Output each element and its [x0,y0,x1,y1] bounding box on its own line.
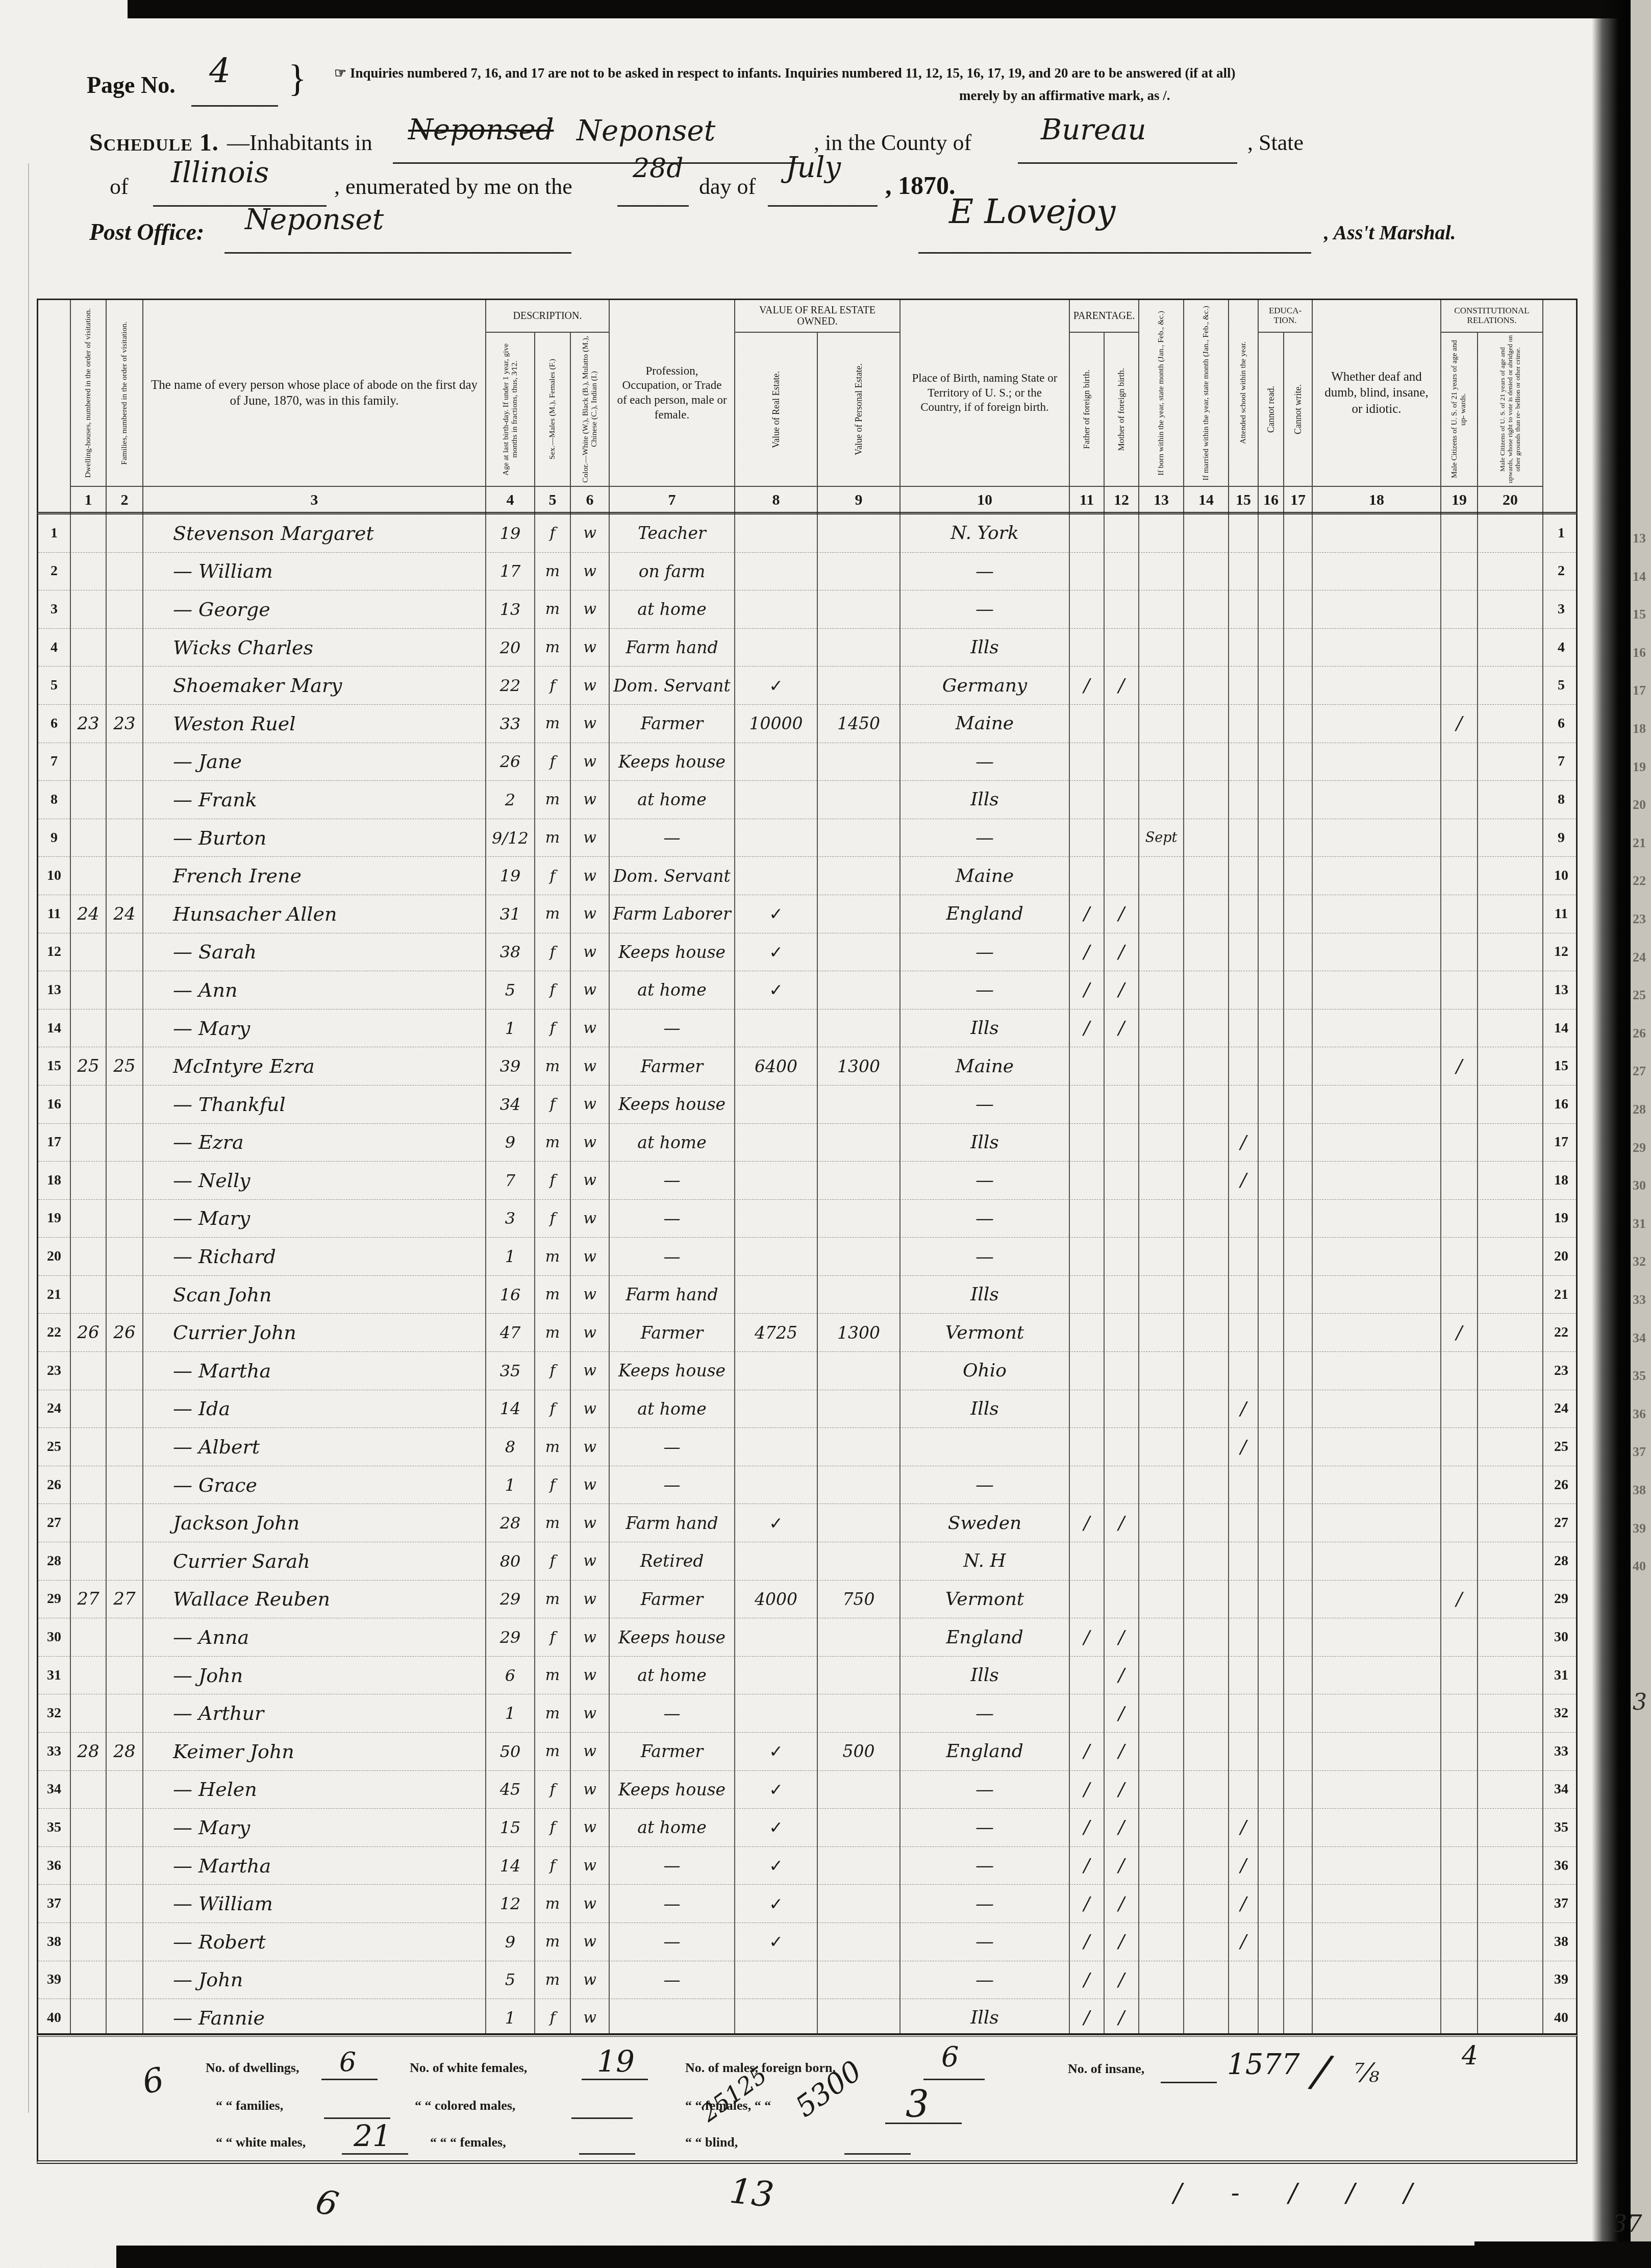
cell-r27-c10: Sweden [899,1504,1069,1542]
cell-r35-c12: / [1104,1809,1138,1847]
cell-r28-c15 [1228,1542,1258,1581]
cell-r21-c11 [1069,1276,1104,1314]
cell-r7-c17 [1283,743,1312,781]
cell-r16-c6: w [570,1086,609,1124]
cell-r3-c1 [70,590,106,629]
cell-r23-c1 [70,1352,106,1390]
cell-r34-c6: w [570,1771,609,1809]
cell-r8-c19 [1440,781,1477,819]
cell-r4-c12 [1104,629,1138,667]
cell-r12-c14 [1183,933,1228,972]
cell-r29-c16 [1258,1581,1283,1619]
cell-r23-c11 [1069,1352,1104,1390]
col-header-cannot-read: Cannot read. [1258,333,1283,486]
cell-r28-c5: f [534,1542,570,1581]
cell-r35-c3: — Mary [142,1809,485,1847]
cell-r10-c11 [1069,857,1104,895]
cell-r4-c18 [1312,629,1440,667]
col-number-8: 8 [734,486,817,513]
cell-r12-c12: / [1104,933,1138,972]
col-title: The name of every person whose place of … [143,300,485,486]
cell-r7-c11 [1069,743,1104,781]
cell-r25-c11 [1069,1428,1104,1466]
bottom-tally-mark-1: / [1173,2178,1182,2208]
cell-r35-c1 [70,1809,106,1847]
cell-r28-c12 [1104,1542,1138,1581]
cell-r21-c13 [1138,1276,1183,1314]
cell-r14-c15 [1228,1009,1258,1048]
cell-r4-c15 [1228,629,1258,667]
row-number-right-25: 25 [1542,1428,1578,1466]
cell-r37-c3: — William [142,1885,485,1923]
cell-r20-c17 [1283,1238,1312,1276]
col-header-families: Families, numbered in the order of visit… [106,300,142,486]
cell-r25-c19 [1440,1428,1477,1466]
cell-r18-c8 [734,1162,817,1200]
cell-r2-c7: on farm [609,553,734,591]
row-number-left-28: 28 [38,1542,70,1581]
cell-r35-c18 [1312,1809,1440,1847]
cell-r2-c9 [817,553,899,591]
cell-r21-c14 [1183,1276,1228,1314]
cell-r28-c14 [1183,1542,1228,1581]
cell-r39-c4: 5 [485,1961,534,2000]
females-foreign-underline [885,2123,962,2124]
cell-r25-c15: / [1228,1428,1258,1466]
cell-r28-c4: 80 [485,1542,534,1581]
cell-r38-c19 [1440,1923,1477,1961]
cell-r9-c18 [1312,819,1440,857]
cell-r36-c16 [1258,1847,1283,1885]
cell-r26-c17 [1283,1466,1312,1505]
col-title: Attended school within the year. [1238,339,1248,446]
cell-r31-c18 [1312,1657,1440,1695]
cell-r33-c11: / [1069,1733,1104,1771]
cell-r27-c18 [1312,1504,1440,1542]
cell-r31-c9 [817,1657,899,1695]
cell-r31-c11 [1069,1657,1104,1695]
sliver-row-number-27: 27 [1633,1064,1646,1079]
cell-r40-c15 [1228,1999,1258,2035]
cell-r15-c9: 1300 [817,1047,899,1086]
cell-r37-c12: / [1104,1885,1138,1923]
cell-r13-c13 [1138,971,1183,1009]
cell-r29-c9: 750 [817,1581,899,1619]
row-number-right-40: 40 [1542,1999,1578,2035]
cell-r21-c16 [1258,1276,1283,1314]
families-label: “ “ families, [216,2098,283,2113]
cell-r18-c11 [1069,1162,1104,1200]
cell-r4-c1 [70,629,106,667]
cell-r25-c5: m [534,1428,570,1466]
cell-r8-c3: — Frank [142,781,485,819]
cell-r14-c19 [1440,1009,1477,1048]
cell-r16-c13 [1138,1086,1183,1124]
col-number-9: 9 [817,486,899,513]
sliver-row-number-36: 36 [1633,1407,1646,1422]
cell-r5-c3: Shoemaker Mary [142,667,485,705]
cell-r10-c8 [734,857,817,895]
dwellings-value: 6 [339,2047,356,2078]
cell-r22-c13 [1138,1314,1183,1352]
county-underline [1018,162,1237,164]
cell-r21-c18 [1312,1276,1440,1314]
cell-r9-c10: — [899,819,1069,857]
cell-r21-c19 [1440,1276,1477,1314]
cell-r26-c16 [1258,1466,1283,1505]
cell-r15-c16 [1258,1047,1283,1086]
row-number-right-39: 39 [1542,1961,1578,2000]
cell-r35-c17 [1283,1809,1312,1847]
col-title: Value of Real Estate. [770,369,782,450]
cell-r14-c11: / [1069,1009,1104,1048]
cell-r12-c3: — Sarah [142,933,485,972]
cell-r11-c7: Farm Laborer [609,895,734,933]
group-education: EDUCA- TION. [1258,300,1312,333]
col-header-school: Attended school within the year. [1228,300,1258,486]
cell-r26-c10: — [899,1466,1069,1505]
row-number-right-37: 37 [1542,1885,1578,1923]
cell-r18-c9 [817,1162,899,1200]
cell-r8-c10: Ills [899,781,1069,819]
cell-r1-c2 [106,514,142,553]
cell-r4-c19 [1440,629,1477,667]
cell-r17-c7: at home [609,1124,734,1162]
cell-r39-c1 [70,1961,106,2000]
cell-r33-c8: ✓ [734,1733,817,1771]
cell-r38-c8: ✓ [734,1923,817,1961]
cell-r29-c8: 4000 [734,1581,817,1619]
col-number-4: 4 [485,486,534,513]
cell-r27-c2 [106,1504,142,1542]
table-header: Dwelling-houses, numbered in the order o… [37,299,1578,512]
cell-r26-c9 [817,1466,899,1505]
cell-r16-c1 [70,1086,106,1124]
cell-r20-c10: — [899,1238,1069,1276]
cell-r3-c13 [1138,590,1183,629]
cell-r10-c19 [1440,857,1477,895]
cell-r28-c1 [70,1542,106,1581]
cell-r7-c3: — Jane [142,743,485,781]
cell-r20-c4: 1 [485,1238,534,1276]
cell-r5-c17 [1283,667,1312,705]
cell-r5-c4: 22 [485,667,534,705]
cell-r40-c4: 1 [485,1999,534,2035]
cell-r4-c16 [1258,629,1283,667]
col-title: Cannot write. [1292,382,1304,436]
cell-r30-c20 [1477,1618,1542,1657]
cell-r31-c17 [1283,1657,1312,1695]
cell-r15-c15 [1228,1047,1258,1086]
cell-r2-c18 [1312,553,1440,591]
cell-r33-c2: 28 [106,1733,142,1771]
col-header-real-estate: Value of Real Estate. [734,333,817,486]
cell-r24-c19 [1440,1390,1477,1428]
cell-r5-c2 [106,667,142,705]
cell-r4-c7: Farm hand [609,629,734,667]
cell-r19-c5: f [534,1200,570,1238]
cell-r37-c19 [1440,1885,1477,1923]
cell-r39-c9 [817,1961,899,2000]
sliver-row-number-33: 33 [1633,1292,1646,1308]
state-value: Illinois [171,156,269,189]
cell-r30-c19 [1440,1618,1477,1657]
cell-r1-c9 [817,514,899,553]
row-number-left-2: 2 [38,553,70,591]
cell-r11-c12: / [1104,895,1138,933]
cell-r26-c8 [734,1466,817,1505]
cell-r30-c7: Keeps house [609,1618,734,1657]
cell-r29-c18 [1312,1581,1440,1619]
cell-r37-c15: / [1228,1885,1258,1923]
cell-r8-c4: 2 [485,781,534,819]
cell-r23-c8 [734,1352,817,1390]
cell-r34-c5: f [534,1771,570,1809]
cell-r19-c6: w [570,1200,609,1238]
cell-r1-c13 [1138,514,1183,553]
cell-r17-c18 [1312,1124,1440,1162]
cell-r32-c18 [1312,1694,1440,1733]
cell-r19-c20 [1477,1200,1542,1238]
cell-r27-c3: Jackson John [142,1504,485,1542]
cell-r7-c10: — [899,743,1069,781]
row-number-left-24: 24 [38,1390,70,1428]
sliver-row-number-34: 34 [1633,1330,1646,1346]
scan-edge-bottom [116,2246,1651,2268]
sliver-row-number-31: 31 [1633,1216,1646,1231]
cell-r30-c8 [734,1618,817,1657]
cell-r11-c6: w [570,895,609,933]
cell-r38-c4: 9 [485,1923,534,1961]
cell-r16-c17 [1283,1086,1312,1124]
cell-r4-c11 [1069,629,1104,667]
females2-label: “ “ “ females, [430,2135,506,2150]
cell-r10-c6: w [570,857,609,895]
cell-r31-c16 [1258,1657,1283,1695]
cell-r16-c20 [1477,1086,1542,1124]
cell-r36-c7: — [609,1847,734,1885]
cell-r33-c10: England [899,1733,1069,1771]
bottom-mark-13: 13 [728,2171,776,2216]
cell-r20-c14 [1183,1238,1228,1276]
cell-r5-c9 [817,667,899,705]
page-fold-line [28,163,29,2113]
cell-r16-c7: Keeps house [609,1086,734,1124]
cell-r18-c19 [1440,1162,1477,1200]
row-number-left-13: 13 [38,971,70,1009]
cell-r18-c3: — Nelly [142,1162,485,1200]
cell-r39-c16 [1258,1961,1283,2000]
cell-r18-c15: / [1228,1162,1258,1200]
cell-r23-c7: Keeps house [609,1352,734,1390]
col-number-13: 13 [1138,486,1183,513]
cell-r10-c9 [817,857,899,895]
cell-r39-c8 [734,1961,817,2000]
cell-r37-c8: ✓ [734,1885,817,1923]
cell-r37-c9 [817,1885,899,1923]
cell-r29-c20 [1477,1581,1542,1619]
cell-r3-c15 [1228,590,1258,629]
row-number-left-3: 3 [38,590,70,629]
row-number-right-29: 29 [1542,1581,1578,1619]
cell-r30-c14 [1183,1618,1228,1657]
cell-r35-c2 [106,1809,142,1847]
cell-r9-c20 [1477,819,1542,857]
cell-r6-c1: 23 [70,705,106,743]
cell-r28-c8 [734,1542,817,1581]
cell-r12-c4: 38 [485,933,534,972]
cell-r4-c10: Ills [899,629,1069,667]
cell-r21-c20 [1477,1276,1542,1314]
cell-r3-c7: at home [609,590,734,629]
blind-label: “ “ blind, [685,2135,738,2150]
cell-r31-c15 [1228,1657,1258,1695]
cell-r10-c4: 19 [485,857,534,895]
col-title: Whether deaf and dumb, blind, insane, or… [1313,300,1440,486]
cell-r8-c15 [1228,781,1258,819]
cell-r11-c19 [1440,895,1477,933]
cell-r35-c5: f [534,1809,570,1847]
cell-r32-c10: — [899,1694,1069,1733]
cell-r15-c17 [1283,1047,1312,1086]
cell-r37-c10: — [899,1885,1069,1923]
cell-r13-c2 [106,971,142,1009]
cell-r18-c16 [1258,1162,1283,1200]
cell-r14-c14 [1183,1009,1228,1048]
col-header-color: Color.—White (W.), Black (B.), Mulatto (… [570,333,609,486]
cell-r6-c6: w [570,705,609,743]
col-title: Father of foreign birth. [1081,367,1092,451]
cell-r10-c15 [1228,857,1258,895]
cell-r25-c13 [1138,1428,1183,1466]
row-number-right-27: 27 [1542,1504,1578,1542]
row-number-left-17: 17 [38,1124,70,1162]
cell-r1-c3: Stevenson Margaret [142,514,485,553]
cell-r40-c12: / [1104,1999,1138,2035]
census-page: Page No. 4 } ☞ Inquiries numbered 7, 16,… [0,0,1651,2268]
col-number-16: 16 [1258,486,1283,513]
cell-r5-c13 [1138,667,1183,705]
row-number-right-7: 7 [1542,743,1578,781]
bottom-tally-mark-2: - [1231,2178,1240,2208]
cell-r17-c14 [1183,1124,1228,1162]
cell-r20-c6: w [570,1238,609,1276]
cell-r17-c4: 9 [485,1124,534,1162]
cell-r2-c15 [1228,553,1258,591]
cell-r32-c4: 1 [485,1694,534,1733]
cell-r7-c4: 26 [485,743,534,781]
row-number-left-38: 38 [38,1923,70,1961]
cell-r31-c1 [70,1657,106,1695]
cell-r12-c10: — [899,933,1069,972]
cell-r36-c9 [817,1847,899,1885]
cell-r16-c9 [817,1086,899,1124]
row-number-left-14: 14 [38,1009,70,1048]
cell-r26-c5: f [534,1466,570,1505]
cell-r30-c11: / [1069,1618,1104,1657]
cell-r1-c7: Teacher [609,514,734,553]
cell-r34-c17 [1283,1771,1312,1809]
col-title: Place of Birth, naming State or Territor… [900,300,1069,486]
cell-r14-c20 [1477,1009,1542,1048]
row-number-left-6: 6 [38,705,70,743]
cell-r27-c19 [1440,1504,1477,1542]
cell-r2-c20 [1477,553,1542,591]
cell-r13-c15 [1228,971,1258,1009]
cell-r22-c10: Vermont [899,1314,1069,1352]
cell-r15-c2: 25 [106,1047,142,1086]
cell-r5-c16 [1258,667,1283,705]
col-number-19: 19 [1440,486,1477,513]
cell-r32-c20 [1477,1694,1542,1733]
cell-r8-c17 [1283,781,1312,819]
row-number-right-31: 31 [1542,1657,1578,1695]
cell-r29-c3: Wallace Reuben [142,1581,485,1619]
cell-r25-c6: w [570,1428,609,1466]
cell-r27-c6: w [570,1504,609,1542]
cell-r12-c8: ✓ [734,933,817,972]
cell-r16-c8 [734,1086,817,1124]
cell-r18-c14 [1183,1162,1228,1200]
cell-r29-c12 [1104,1581,1138,1619]
cell-r27-c9 [817,1504,899,1542]
cell-r25-c9 [817,1428,899,1466]
cell-r11-c20 [1477,895,1542,933]
cell-r35-c10: — [899,1809,1069,1847]
cell-r5-c10: Germany [899,667,1069,705]
cell-r23-c13 [1138,1352,1183,1390]
col-header-married-month: If married within the year, state month … [1183,300,1228,486]
cell-r37-c6: w [570,1885,609,1923]
cell-r9-c13: Sept [1138,819,1183,857]
footer-fraction-mark: ⅞ [1355,2058,1379,2088]
cell-r38-c2 [106,1923,142,1961]
cell-r8-c16 [1258,781,1283,819]
cell-r37-c4: 12 [485,1885,534,1923]
cell-r15-c8: 6400 [734,1047,817,1086]
cell-r24-c10: Ills [899,1390,1069,1428]
cell-r8-c20 [1477,781,1542,819]
cell-r26-c19 [1440,1466,1477,1505]
cell-r21-c17 [1283,1276,1312,1314]
col-title: If born within the year, state month (Ja… [1156,309,1166,478]
table-footer: 6 No. of dwellings, 6 No. of white femal… [37,2035,1578,2164]
cell-r16-c3: — Thankful [142,1086,485,1124]
row-number-right-16: 16 [1542,1086,1578,1124]
col-title: Families, numbered in the order of visit… [119,319,129,467]
cell-r28-c9 [817,1542,899,1581]
row-number-left-22: 22 [38,1314,70,1352]
cell-r1-c8 [734,514,817,553]
cell-r32-c3: — Arthur [142,1694,485,1733]
cell-r40-c14 [1183,1999,1228,2035]
cell-r23-c3: — Martha [142,1352,485,1390]
cell-r14-c18 [1312,1009,1440,1048]
cell-r28-c7: Retired [609,1542,734,1581]
cell-r5-c5: f [534,667,570,705]
cell-r14-c8 [734,1009,817,1048]
post-office-label: Post Office: [89,218,204,245]
cell-r21-c5: m [534,1276,570,1314]
cell-r33-c4: 50 [485,1733,534,1771]
cell-r10-c13 [1138,857,1183,895]
page-no-label: Page No. [87,71,176,98]
cell-r17-c13 [1138,1124,1183,1162]
sliver-row-number-13: 13 [1633,531,1646,546]
cell-r12-c7: Keeps house [609,933,734,972]
col-title: Profession, Occupation, or Trade of each… [610,300,734,486]
cell-r32-c7: — [609,1694,734,1733]
